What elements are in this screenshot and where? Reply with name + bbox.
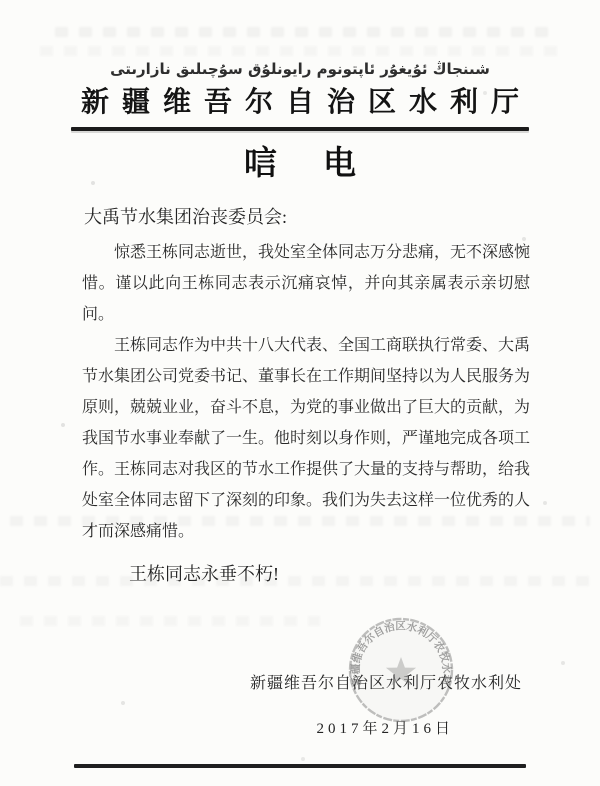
- scan-speckles: [0, 0, 2, 2]
- letter-paragraph: 王栋同志作为中共十八大代表、全国工商联执行常委、大禹节水集团公司党委书记、董事长…: [82, 330, 530, 547]
- doc-type-heading: 唁电: [0, 142, 600, 187]
- footer-rule: [74, 764, 526, 768]
- scan-bleedthrough-row: [20, 616, 320, 626]
- salutation: 大禹节水集团治丧委员会:: [84, 202, 600, 232]
- closing-slogan: 王栋同志永垂不朽!: [129, 560, 600, 588]
- uyghur-header-line: شىنجاڭ ئۇيغۇر ئاپتونوم رايونلۇق سۇچىلىق …: [0, 0, 600, 80]
- scanned-letter-page: شىنجاڭ ئۇيغۇر ئاپتونوم رايونلۇق سۇچىلىق …: [0, 0, 600, 786]
- signature-org: 新疆维吾尔自治区水利厅农牧水利处: [0, 672, 522, 696]
- official-seal-stamp: 新疆维吾尔自治区水利厅农牧水利处: [343, 612, 459, 728]
- letter-paragraph: 惊悉王栋同志逝世，我处室全体同志万分悲痛，无不深感惋惜。谨以此向王栋同志表示沉痛…: [82, 237, 530, 330]
- org-title: 新疆维吾尔自治区水利厅: [0, 85, 600, 121]
- seal-ring: [350, 619, 452, 721]
- header-rule: [71, 127, 529, 131]
- date-line: 2017年2月16日: [0, 718, 454, 740]
